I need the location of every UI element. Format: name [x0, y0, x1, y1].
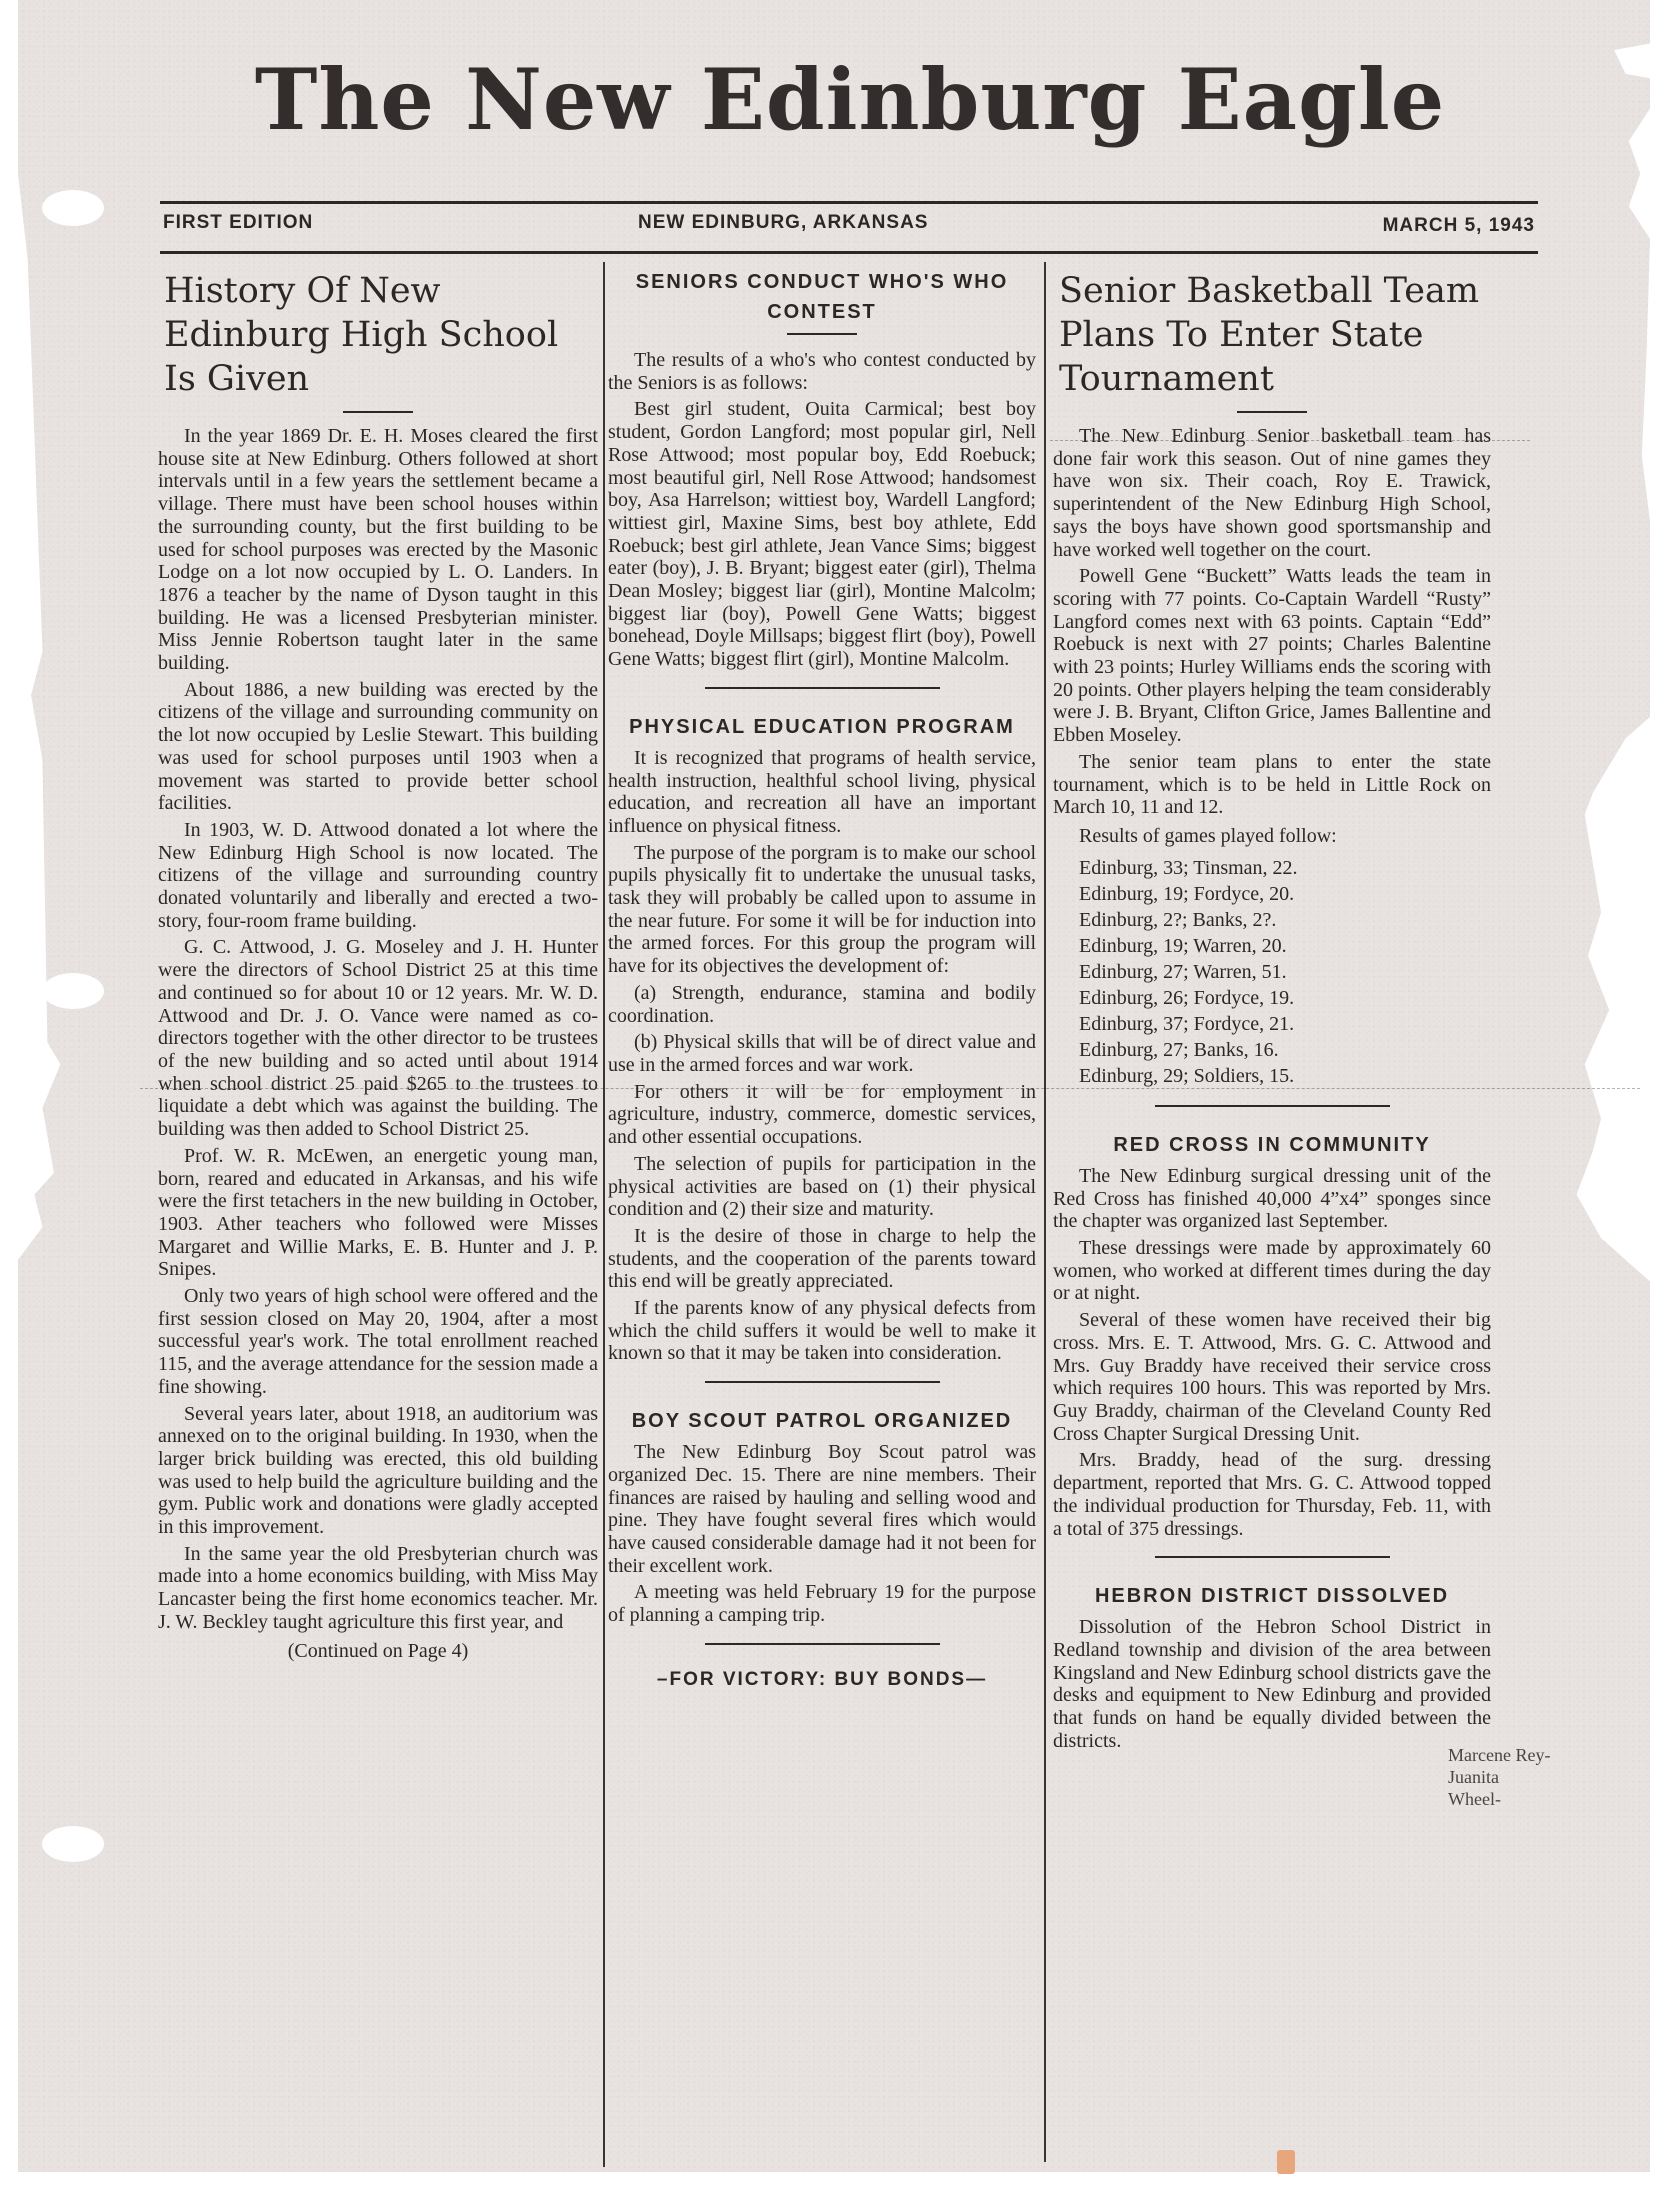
torn-margin-text: Marcene Rey- Juanita Wheel-: [1448, 1744, 1550, 1810]
article-headline-basketball: Senior Basketball Team Plans To Enter St…: [1059, 269, 1491, 401]
game-result: Edinburg, 2?; Banks, 2?.: [1053, 907, 1491, 933]
war-bonds-slogan: –FOR VICTORY: BUY BONDS—: [608, 1669, 1036, 1691]
article-paragraph: It is the desire of those in charge to h…: [608, 1225, 1036, 1293]
game-result: Edinburg, 27; Warren, 51.: [1053, 959, 1491, 985]
punch-hole: [42, 973, 104, 1009]
article-paragraph: (b) Physical skills that will be of dire…: [608, 1031, 1036, 1076]
masthead-top-rule: [160, 201, 1538, 204]
column-history: History Of New Edinburg High School Is G…: [158, 263, 598, 1663]
article-paragraph: Powell Gene “Buckett” Watts leads the te…: [1053, 565, 1491, 747]
section-divider: [705, 1643, 940, 1645]
article-headline-history: History Of New Edinburg High School Is G…: [164, 269, 598, 401]
article-paragraph: In the same year the old Presby­terian c…: [158, 1543, 598, 1634]
game-result: Edinburg, 33; Tinsman, 22.: [1053, 855, 1491, 881]
article-paragraph: Dissolution of the Hebron School Distric…: [1053, 1616, 1491, 1752]
margin-line: Wheel-: [1448, 1788, 1550, 1810]
section-divider: [1155, 1556, 1390, 1558]
article-paragraph: A meeting was held February 19 for the p…: [608, 1581, 1036, 1626]
punch-hole: [42, 190, 104, 226]
headline-rule: [787, 333, 857, 335]
article-paragraph: In 1903, W. D. Attwood donated a lot whe…: [158, 819, 598, 933]
article-paragraph: These dressings were made by ap­proximat…: [1053, 1237, 1491, 1305]
column-divider: [1044, 262, 1046, 2162]
article-headline-hebron: HEBRON DISTRICT DISSOLVED: [1053, 1582, 1491, 1610]
article-paragraph: The purpose of the porgram is to make ou…: [608, 842, 1036, 978]
results-intro: Results of games played follow:: [1053, 823, 1491, 849]
game-result: Edinburg, 19; Fordyce, 20.: [1053, 881, 1491, 907]
article-paragraph: Mrs. Braddy, head of the surg. dressing …: [1053, 1449, 1491, 1540]
article-paragraph: The New Edinburg surgical dress­ing unit…: [1053, 1165, 1491, 1233]
paper-fold-crease: [140, 1088, 1640, 1089]
punch-hole: [42, 1826, 104, 1862]
paper-stain: [1277, 2150, 1295, 2174]
article-paragraph: G. C. Attwood, J. G. Moseley and J. H. H…: [158, 936, 598, 1140]
article-paragraph: For others it will be for employ­ment in…: [608, 1081, 1036, 1149]
article-paragraph: Several of these women have re­ceived th…: [1053, 1309, 1491, 1445]
section-divider: [705, 1381, 940, 1383]
newspaper-title: The New Edinburg Eagle: [160, 58, 1540, 142]
issue-date: MARCH 5, 1943: [1383, 215, 1535, 237]
paper-fold-crease: [1050, 440, 1530, 441]
game-results-list: Edinburg, 33; Tinsman, 22. Edinburg, 19;…: [1053, 855, 1491, 1089]
article-paragraph: If the parents know of any physical defe…: [608, 1297, 1036, 1365]
column-divider: [603, 262, 605, 2167]
dateline-bar: FIRST EDITION NEW EDINBURG, ARKANSAS MAR…: [163, 212, 1535, 240]
margin-line: Juanita: [1448, 1766, 1550, 1788]
game-result: Edinburg, 29; Soldiers, 15.: [1053, 1063, 1491, 1089]
section-divider: [705, 687, 940, 689]
headline-rule: [343, 411, 413, 413]
game-result: Edinburg, 26; Fordyce, 19.: [1053, 985, 1491, 1011]
article-paragraph: The senior team plans to enter the state…: [1053, 751, 1491, 819]
column-sports: Senior Basketball Team Plans To Enter St…: [1053, 263, 1491, 1756]
location-label: NEW EDINBURG, ARKANSAS: [638, 212, 928, 234]
article-paragraph: (a) Strength, endurance, stamina and bod…: [608, 982, 1036, 1027]
article-paragraph: Best girl student, Ouita Carmical; best …: [608, 398, 1036, 670]
article-paragraph: The New Edinburg Boy Scout pa­trol was o…: [608, 1441, 1036, 1577]
article-paragraph: The selection of pupils for partici­pati…: [608, 1153, 1036, 1221]
game-result: Edinburg, 37; Fordyce, 21.: [1053, 1011, 1491, 1037]
article-headline-boy-scout: BOY SCOUT PATROL ORGANIZED: [608, 1407, 1036, 1435]
masthead-bottom-rule: [160, 251, 1538, 254]
margin-line: Marcene Rey-: [1448, 1744, 1550, 1766]
article-paragraph: The New Edinburg Senior basket­ball team…: [1053, 425, 1491, 561]
article-paragraph: It is recognized that programs of health…: [608, 747, 1036, 838]
article-headline-red-cross: RED CROSS IN COMMUNITY: [1053, 1131, 1491, 1159]
section-divider: [1155, 1105, 1390, 1107]
article-paragraph: In the year 1869 Dr. E. H. Moses cleared…: [158, 425, 598, 675]
continued-notice: (Continued on Page 4): [158, 1640, 598, 1663]
edition-label: FIRST EDITION: [163, 212, 313, 234]
game-result: Edinburg, 19; Warren, 20.: [1053, 933, 1491, 959]
article-paragraph: The results of a who's who con­test cond…: [608, 349, 1036, 394]
column-middle: SENIORS CONDUCT WHO'S WHO CONTEST The re…: [608, 263, 1036, 1691]
article-headline-whos-who: SENIORS CONDUCT WHO'S WHO CONTEST: [608, 267, 1036, 327]
article-headline-phys-ed: PHYSICAL EDUCATION PROGRAM: [608, 713, 1036, 741]
article-paragraph: About 1886, a new building was erected b…: [158, 679, 598, 815]
article-paragraph: Only two years of high school were offer…: [158, 1285, 598, 1399]
article-paragraph: Several years later, about 1918, an audi…: [158, 1403, 598, 1539]
headline-rule: [1237, 411, 1307, 413]
game-result: Edinburg, 27; Banks, 16.: [1053, 1037, 1491, 1063]
article-paragraph: Prof. W. R. McEwen, an energetic young m…: [158, 1145, 598, 1281]
